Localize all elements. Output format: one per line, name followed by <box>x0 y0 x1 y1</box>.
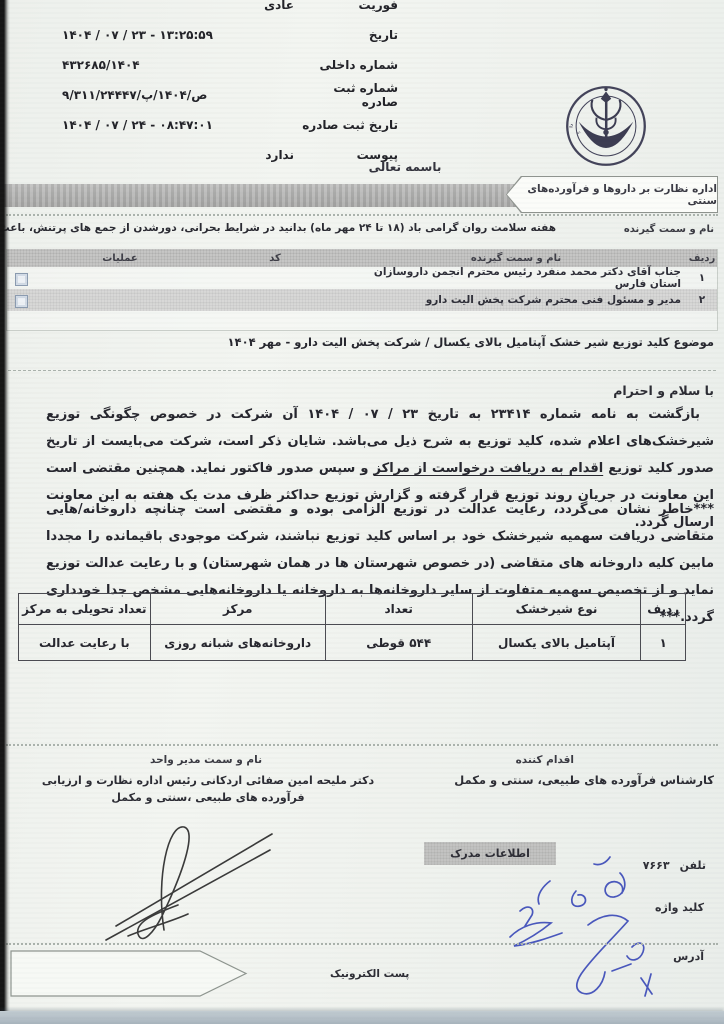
distribution-row: ۱ آپتامیل بالای یکسال ۵۴۴ قوطی داروخانه‌… <box>19 625 686 661</box>
registration-number-label: شماره ثبت صادره <box>302 81 398 109</box>
blue-ink-stamp <box>492 850 664 1004</box>
actor-title: کارشناس فرآورده های طبیعی، سنتی و مکمل <box>454 773 714 787</box>
recipient-name: مدیر و مسئول فنی محترم شرکت پخش الیت دار… <box>345 294 687 306</box>
dist-center: داروخانه‌های شبانه روزی <box>150 625 325 661</box>
operation-icon <box>15 273 28 286</box>
internal-number-label: شماره داخلی <box>302 58 398 72</box>
distribution-table: ردیف نوع شیرخشک تعداد مرکز تعداد تحویلی … <box>18 593 686 661</box>
keyword-label: کلید واژه <box>655 901 704 914</box>
bismillah-heading: باسمه تعالی <box>335 160 475 174</box>
dist-row-number: ۱ <box>641 625 686 661</box>
meta-row-internal-number: شماره داخلی ۴۳۲۶۸۵/۱۴۰۴ <box>58 50 398 80</box>
phone-value: ۷۶۶۳ <box>643 859 670 872</box>
priority-label: فوریت <box>302 0 398 12</box>
phone-row: تلفن ۷۶۶۳ <box>643 859 706 872</box>
manager-name-title: دکتر ملیحه امین صفائی اردکانی رئیس اداره… <box>24 772 392 806</box>
internal-number-value: ۴۳۲۶۸۵/۱۴۰۴ <box>62 58 294 72</box>
header-row-number: ردیف <box>641 594 686 625</box>
scanned-letter-page: فوریت عادی تاریخ ۱۴۰۴ / ۰۷ / ۲۳ - ۱۳:۲۵:… <box>0 0 724 1024</box>
department-banner-tab: اداره نظارت بر داروها و فرآورده‌های سنتی <box>506 176 718 213</box>
date-value: ۱۴۰۴ / ۰۷ / ۲۳ - ۱۳:۲۵:۵۹ <box>62 28 294 42</box>
banner-bar <box>0 184 568 207</box>
address-label: آدرس <box>673 950 704 963</box>
divider-above-signatures <box>6 744 718 746</box>
letter-meta-block: فوریت عادی تاریخ ۱۴۰۴ / ۰۷ / ۲۳ - ۱۳:۲۵:… <box>58 0 398 170</box>
recipient-row-1: ۱ جناب آقای دکتر محمد منفرد رئیس محترم ا… <box>7 267 717 289</box>
header-recipient-name: نام و سمت گیرنده <box>345 253 687 264</box>
priority-value: عادی <box>62 0 294 12</box>
registration-number-value: ۹/۳۱۱/۲۴۴۴۷/پ/۱۴۰۴/ص <box>62 88 294 102</box>
recipients-table-header: ردیف نام و سمت گیرنده کد عملیات <box>7 249 717 267</box>
divider-footer <box>6 943 718 945</box>
attachment-value: ندارد <box>62 148 294 162</box>
distribution-table-header: ردیف نوع شیرخشک تعداد مرکز تعداد تحویلی … <box>19 594 686 625</box>
meta-row-priority: فوریت عادی <box>58 0 398 20</box>
meta-row-registration-number: شماره ثبت صادره ۹/۳۱۱/۲۴۴۴۷/پ/۱۴۰۴/ص <box>58 80 398 110</box>
university-logo-seal: دانشگاه علوم پزشکی و خدمات بهداشتی درمان… <box>564 82 648 170</box>
dist-delivered: با رعایت عدالت <box>19 625 151 661</box>
subject-line: موضوع کلید توزیع شیر خشک آپتامیل بالای ی… <box>228 335 714 349</box>
greeting-line: با سلام و احترام <box>613 383 714 398</box>
row-number: ۱ <box>687 272 717 284</box>
date-label: تاریخ <box>302 28 398 42</box>
row-number: ۲ <box>687 294 717 306</box>
manager-label: نام و سمت مدیر واحد <box>150 754 262 766</box>
handwritten-signature <box>98 808 293 946</box>
meta-row-date: تاریخ ۱۴۰۴ / ۰۷ / ۲۳ - ۱۳:۲۵:۵۹ <box>58 20 398 50</box>
header-operations: عملیات <box>35 253 205 264</box>
header-code: کد <box>205 253 345 264</box>
header-center: مرکز <box>150 594 325 625</box>
phone-label: تلفن <box>680 859 706 872</box>
divider-dashed <box>8 370 716 371</box>
paragraph1-underlined: اقدام به دریافت درخواست از مراکز <box>374 461 604 476</box>
header-row-number: ردیف <box>687 253 717 264</box>
recipient-name: جناب آقای دکتر محمد منفرد رئیس محترم انج… <box>345 266 687 290</box>
department-banner-title: اداره نظارت بر داروها و فرآورده‌های سنتی <box>507 183 717 207</box>
department-banner-tab-inner: اداره نظارت بر داروها و فرآورده‌های سنتی <box>507 177 717 212</box>
header-quantity: تعداد <box>325 594 472 625</box>
address-arrow-box <box>10 950 248 997</box>
recipient-section-label: نام و سمت گیرنده <box>624 224 714 235</box>
dist-quantity: ۵۴۴ قوطی <box>325 625 472 661</box>
seal-crescent-tree-icon <box>579 88 633 148</box>
recipient-row-2: ۲ مدیر و مسئول فنی محترم شرکت پخش الیت د… <box>7 289 717 311</box>
scan-edge-bottom <box>0 1011 724 1024</box>
divider-under-banner <box>6 214 718 216</box>
header-delivered-quantity: تعداد تحویلی به مرکز <box>19 594 151 625</box>
health-week-note: هفته سلامت روان گرامی باد (۱۸ تا ۲۴ مهر … <box>0 222 556 234</box>
university-seal-icon: دانشگاه علوم پزشکی و خدمات بهداشتی درمان… <box>564 82 648 170</box>
actor-label: اقدام کننده <box>516 754 574 766</box>
recipients-table: ردیف نام و سمت گیرنده کد عملیات ۱ جناب آ… <box>6 249 718 331</box>
header-milk-type: نوع شیرخشک <box>472 594 641 625</box>
scan-edge-left <box>0 0 10 1011</box>
meta-row-registration-date: تاریخ ثبت صادره ۱۴۰۴ / ۰۷ / ۲۴ - ۰۸:۴۷:۰… <box>58 110 398 140</box>
registration-date-value: ۱۴۰۴ / ۰۷ / ۲۴ - ۰۸:۴۷:۰۱ <box>62 118 294 132</box>
operation-icon <box>15 295 28 308</box>
dist-milk-type: آپتامیل بالای یکسال <box>472 625 641 661</box>
email-label: پست الکترونیک <box>330 968 409 980</box>
registration-date-label: تاریخ ثبت صادره <box>302 118 398 132</box>
